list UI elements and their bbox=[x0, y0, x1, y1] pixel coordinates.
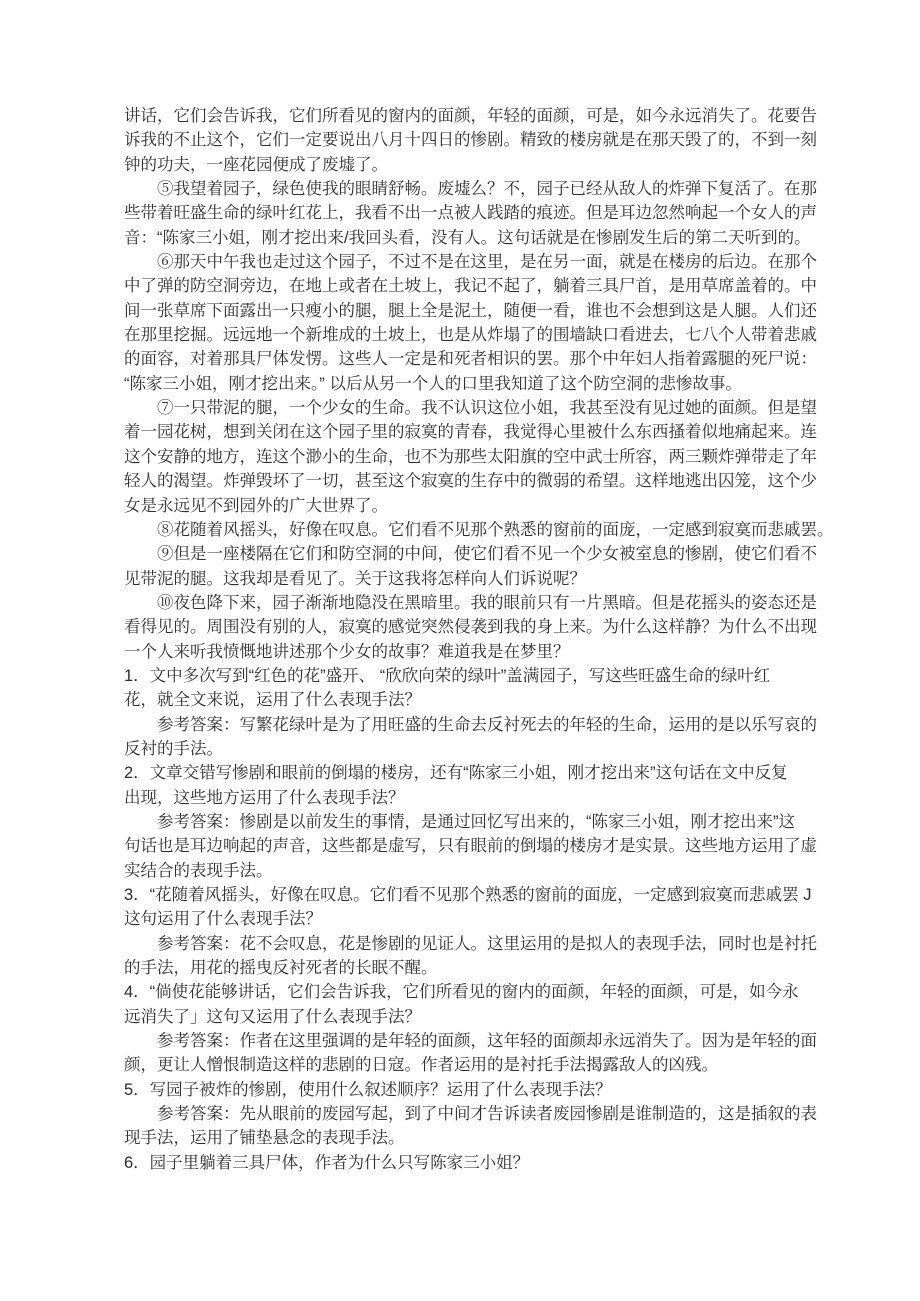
text-line: 女是永远见不到园外的广大世界了。 bbox=[124, 494, 816, 518]
text-line: 看得见的。周围没有别的人，寂寞的感觉突然侵袭到我的身上来。为什么这样静？为什么不… bbox=[124, 615, 816, 639]
answer-4-start: 参考答案：作者在这里强调的是年轻的面颜，这年轻的面颜却永远消失了。因为是年轻的面 bbox=[124, 1029, 816, 1053]
question-1-start: 1．文中多次写到“红色的花”盛开、 “欣欣向荣的绿叶”盖满园子，写这些旺盛生命的… bbox=[124, 664, 816, 688]
document-page: 讲话，它们会告诉我，它们所看见的窗内的面颜，年轻的面颜，可是，如今永远消失了。花… bbox=[0, 0, 920, 1301]
answer-5-start: 参考答案：先从眼前的废园写起，到了中间才告诉读者废园惨剧是谁制造的，这是插叙的表 bbox=[124, 1102, 816, 1126]
text-line: “陈家三小姐，刚才挖出来。” 以后从另一个人的口里我知道了这个防空洞的悲惨故事。 bbox=[124, 372, 816, 396]
text-line: 音：“陈家三小姐，刚才挖出来/我回头看，没有人。这句话就是在惨剧发生后的第二天听… bbox=[124, 226, 816, 250]
question-3-start: 3．“花随着风摇头，好像在叹息。它们看不见那个熟悉的窗前的面庞，一定感到寂寞而悲… bbox=[124, 883, 816, 907]
text-line: 一个人来听我愤慨地讲述那个少女的故事？难道我是在梦里？ bbox=[124, 640, 816, 664]
text-line: 花，就全文来说，运用了什么表现手法？ bbox=[124, 688, 816, 712]
text-line: 这句运用了什么表现手法？ bbox=[124, 907, 816, 931]
text-line: 句话也是耳边响起的声音，这些都是虚写，只有眼前的倒塌的楼房才是实景。这些地方运用… bbox=[124, 834, 816, 858]
paragraph-5-start: ⑤我望着园子，绿色使我的眼睛舒畅。废墟么？不，园子已经从敌人的炸弹下复活了。在那 bbox=[124, 177, 816, 201]
text-line: 的手法，用花的摇曳反衬死者的长眠不醒。 bbox=[124, 956, 816, 980]
answer-3-start: 参考答案：花不会叹息，花是惨剧的见证人。这里运用的是拟人的表现手法，同时也是衬托 bbox=[124, 932, 816, 956]
paragraph-9-start: ⑨但是一座楼隔在它们和防空洞的中间，使它们看不见一个少女被室息的惨剧，使它们看不 bbox=[124, 542, 816, 566]
text-line: 间一张草席下面露出一只瘦小的腿，腿上全是泥土，随便一看，谁也不会想到这是人腿。人… bbox=[124, 299, 816, 323]
text-line: 钟的功夫，一座花园便成了废墟了。 bbox=[124, 153, 816, 177]
text-line: 中了弹的防空洞旁边，在地上或者在土坡上，我记不起了，躺着三具尸首，是用草席盖着的… bbox=[124, 274, 816, 298]
paragraph-8-start: ⑧花随着风摇头，好像在叹息。它们看不见那个熟悉的窗前的面庞，一定感到寂寞而悲戚罢… bbox=[124, 518, 816, 542]
text-line: 远消失了」这句又运用了什么表现手法？ bbox=[124, 1005, 816, 1029]
text-line: 在那里挖掘。远远地一个新堆成的土坡上，也是从炸塌了的围墙缺口看进去，七八个人带着… bbox=[124, 323, 816, 347]
text-line: 这个安静的地方，连这个渺小的生命，也不为那些太阳旗的空中武士所容，两三颗炸弹带走… bbox=[124, 445, 816, 469]
text-line: 见带泥的腿。这我却是看见了。关于这我将怎样向人们诉说呢？ bbox=[124, 567, 816, 591]
text-line: 些带着旺盛生命的绿叶红花上，我看不出一点被人践踏的痕迹。但是耳边忽然响起一个女人… bbox=[124, 201, 816, 225]
text-block: 讲话，它们会告诉我，它们所看见的窗内的面颜，年轻的面颜，可是，如今永远消失了。花… bbox=[124, 104, 816, 1175]
paragraph-10-start: ⑩夜色降下来，园子渐渐地隐没在黑暗里。我的眼前只有一片黑暗。但是花摇头的姿态还是 bbox=[124, 591, 816, 615]
text-line: 诉我的不止这个，它们一定要说出八月十四日的惨剧。精致的楼房就是在那天毁了的，不到… bbox=[124, 128, 816, 152]
text-line: 现手法，运用了铺垫悬念的表现手法。 bbox=[124, 1126, 816, 1150]
question-4-start: 4．“倘使花能够讲话，它们会告诉我，它们所看见的窗内的面颜，年轻的面颜，可是，如… bbox=[124, 980, 816, 1004]
question-5-start: 5．写园子被炸的惨剧，使用什么叙述顺序？运用了什么表现手法？ bbox=[124, 1078, 816, 1102]
answer-2-start: 参考答案：惨剧是以前发生的事情，是通过回忆写出来的，“陈家三小姐，刚才挖出来”这 bbox=[124, 810, 816, 834]
text-line: 出现，这些地方运用了什么表现手法？ bbox=[124, 786, 816, 810]
question-2-start: 2．文章交错写惨剧和眼前的倒塌的楼房，还有“陈家三小姐，刚才挖出来”这句话在文中… bbox=[124, 761, 816, 785]
text-line: 实结合的表现手法。 bbox=[124, 859, 816, 883]
paragraph-6-start: ⑥那天中午我也走过这个园子，不过不是在这里，是在另一面，就是在楼房的后边。在那个 bbox=[124, 250, 816, 274]
paragraph-7-start: ⑦一只带泥的腿，一个少女的生命。我不认识这位小姐，我甚至没有见过她的面颜。但是望 bbox=[124, 396, 816, 420]
question-6-start: 6．园子里躺着三具尸体，作者为什么只写陈家三小姐？ bbox=[124, 1151, 816, 1175]
text-line: 的面容，对着那具尸体发愣。这些人一定是和死者相识的罢。那个中年妇人指着露腿的死尸… bbox=[124, 347, 816, 371]
text-line: 轻人的渴望。炸弹毁坏了一切，甚至这个寂寞的生存中的微弱的希望。这样地逃出囚笼，这… bbox=[124, 469, 816, 493]
text-line: 颜，更让人憎恨制造这样的悲剧的日寇。作者运用的是衬托手法揭露敌人的凶残。 bbox=[124, 1053, 816, 1077]
text-line: 反衬的手法。 bbox=[124, 737, 816, 761]
answer-1-start: 参考答案：写繁花绿叶是为了用旺盛的生命去反衬死去的年轻的生命，运用的是以乐写哀的 bbox=[124, 713, 816, 737]
text-line: 讲话，它们会告诉我，它们所看见的窗内的面颜，年轻的面颜，可是，如今永远消失了。花… bbox=[124, 104, 816, 128]
text-line: 着一园花树，想到关闭在这个园子里的寂寞的青春，我觉得心里被什么东西搔着似地痛起来… bbox=[124, 420, 816, 444]
